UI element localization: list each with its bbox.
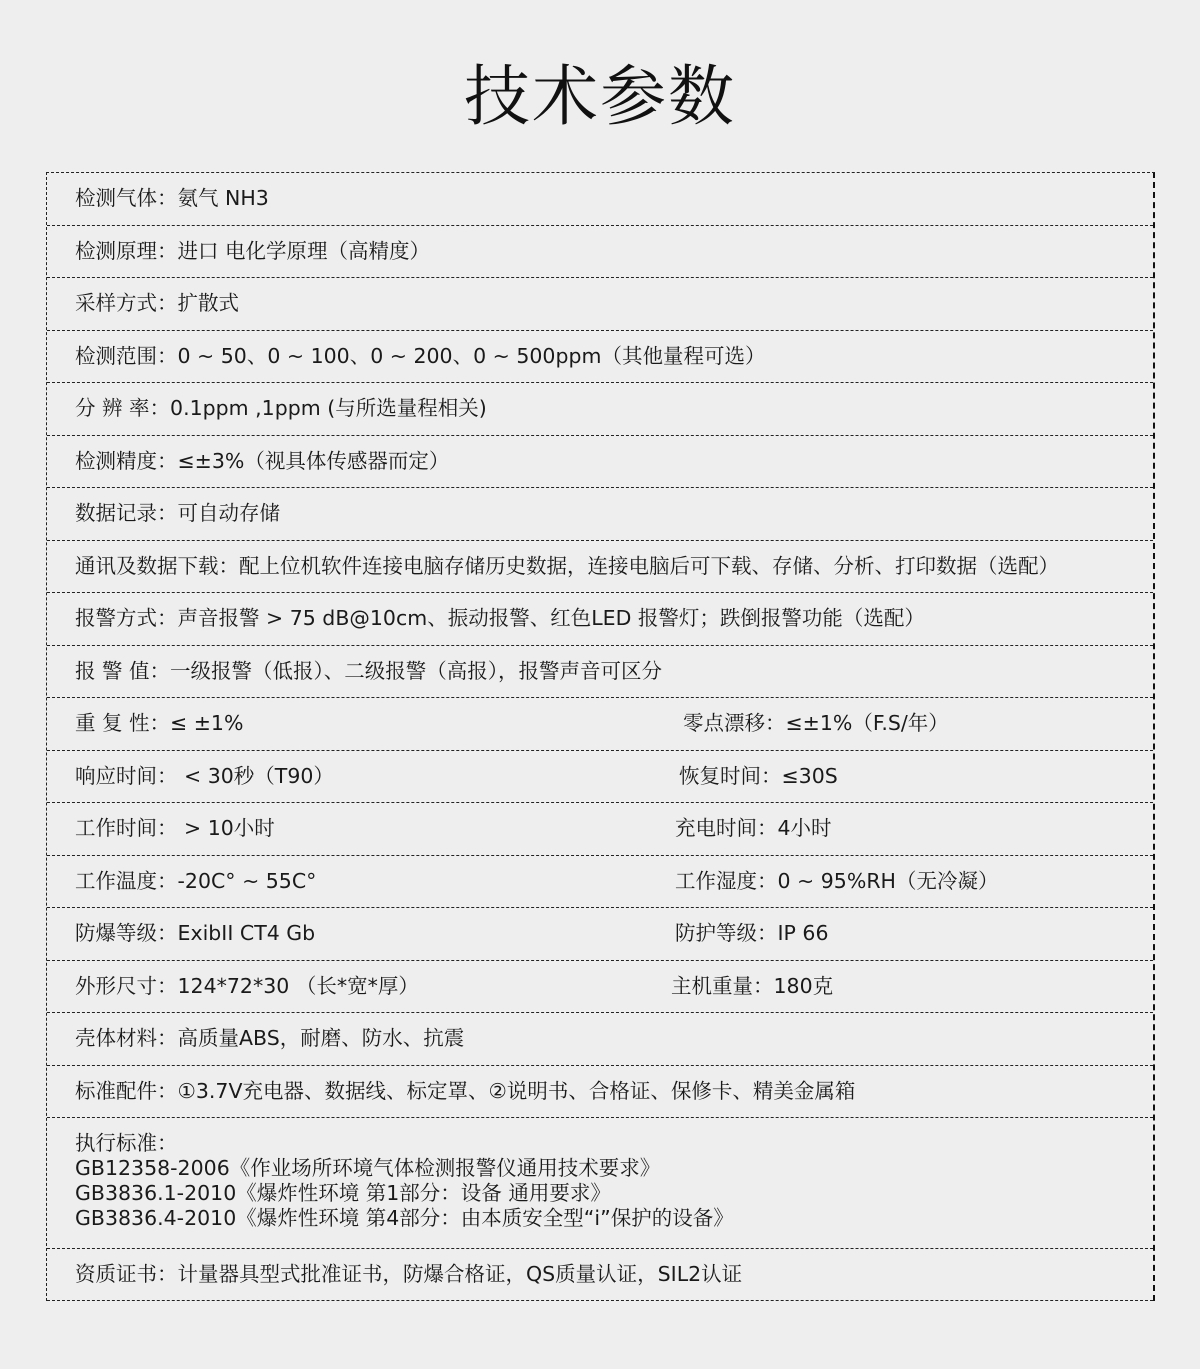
spec-table: 检测气体：氨气 NH3 检测原理：进口 电化学原理（高精度） 采样方式：扩散式 … — [46, 172, 1155, 1301]
spec-weight: 主机重量：180克 — [671, 961, 833, 1013]
spec-zero-drift: 零点漂移：≤±1%（F.S/年） — [683, 698, 949, 750]
spec-communication: 通讯及数据下载：配上位机软件连接电脑存储历史数据，连接电脑后可下载、存储、分析、… — [75, 541, 1059, 593]
spec-row-principle: 检测原理：进口 电化学原理（高精度） — [47, 226, 1153, 279]
spec-sampling: 采样方式：扩散式 — [75, 278, 239, 330]
spec-row-temperature: 工作温度：-20C° ~ 55C° 工作湿度：0 ~ 95%RH（无冷凝） — [47, 856, 1153, 909]
spec-resolution: 分 辨 率：0.1ppm ,1ppm (与所选量程相关) — [75, 383, 487, 435]
spec-row-alarm-mode: 报警方式：声音报警 > 75 dB@10cm、振动报警、红色LED 报警灯；跌倒… — [47, 593, 1153, 646]
spec-data-record: 数据记录：可自动存储 — [75, 488, 280, 540]
spec-gas: 检测气体：氨气 NH3 — [75, 173, 269, 225]
spec-humidity: 工作湿度：0 ~ 95%RH（无冷凝） — [675, 856, 998, 908]
spec-protection-level: 防护等级：IP 66 — [675, 908, 829, 960]
spec-row-working-time: 工作时间： > 10小时 充电时间：4小时 — [47, 803, 1153, 856]
spec-alarm-mode: 报警方式：声音报警 > 75 dB@10cm、振动报警、红色LED 报警灯；跌倒… — [75, 593, 925, 645]
spec-response-time: 响应时间： < 30秒（T90） — [75, 751, 334, 803]
spec-row-accessories: 标准配件：①3.7V充电器、数据线、标定罩、②说明书、合格证、保修卡、精美金属箱 — [47, 1066, 1153, 1119]
spec-standards: 执行标准： GB12358-2006《作业场所环境气体检测报警仪通用技术要求》 … — [75, 1131, 734, 1231]
spec-accuracy: 检测精度：≤±3%（视具体传感器而定） — [75, 436, 449, 488]
spec-row-accuracy: 检测精度：≤±3%（视具体传感器而定） — [47, 436, 1153, 489]
spec-row-standards: 执行标准： GB12358-2006《作业场所环境气体检测报警仪通用技术要求》 … — [47, 1118, 1153, 1249]
spec-row-communication: 通讯及数据下载：配上位机软件连接电脑存储历史数据，连接电脑后可下载、存储、分析、… — [47, 541, 1153, 594]
spec-range: 检测范围：0 ~ 50、0 ~ 100、0 ~ 200、0 ~ 500ppm（其… — [75, 331, 765, 383]
spec-charge-time: 充电时间：4小时 — [675, 803, 832, 855]
spec-explosion-proof: 防爆等级：ExibII CT4 Gb — [75, 908, 315, 960]
spec-dimensions: 外形尺寸：124*72*30 （长*宽*厚） — [75, 961, 419, 1013]
spec-row-data-record: 数据记录：可自动存储 — [47, 488, 1153, 541]
page-title: 技术参数 — [0, 52, 1200, 142]
spec-row-resolution: 分 辨 率：0.1ppm ,1ppm (与所选量程相关) — [47, 383, 1153, 436]
spec-row-repeatability: 重 复 性：≤ ±1% 零点漂移：≤±1%（F.S/年） — [47, 698, 1153, 751]
spec-row-response-time: 响应时间： < 30秒（T90） 恢复时间：≤30S — [47, 751, 1153, 804]
spec-row-explosion-proof: 防爆等级：ExibII CT4 Gb 防护等级：IP 66 — [47, 908, 1153, 961]
spec-repeatability: 重 复 性：≤ ±1% — [75, 698, 243, 750]
spec-housing: 壳体材料：高质量ABS，耐磨、防水、抗震 — [75, 1013, 464, 1065]
spec-certificates: 资质证书：计量器具型式批准证书，防爆合格证，QS质量认证，SIL2认证 — [75, 1249, 742, 1301]
spec-principle: 检测原理：进口 电化学原理（高精度） — [75, 226, 430, 278]
spec-row-sampling: 采样方式：扩散式 — [47, 278, 1153, 331]
spec-row-certificates: 资质证书：计量器具型式批准证书，防爆合格证，QS质量认证，SIL2认证 — [47, 1249, 1153, 1302]
spec-row-housing: 壳体材料：高质量ABS，耐磨、防水、抗震 — [47, 1013, 1153, 1066]
spec-row-gas: 检测气体：氨气 NH3 — [47, 173, 1153, 226]
spec-accessories: 标准配件：①3.7V充电器、数据线、标定罩、②说明书、合格证、保修卡、精美金属箱 — [75, 1066, 855, 1118]
spec-alarm-value: 报 警 值：一级报警（低报）、二级报警（高报），报警声音可区分 — [75, 646, 662, 698]
spec-recovery-time: 恢复时间：≤30S — [679, 751, 838, 803]
spec-row-alarm-value: 报 警 值：一级报警（低报）、二级报警（高报），报警声音可区分 — [47, 646, 1153, 699]
spec-row-dimensions: 外形尺寸：124*72*30 （长*宽*厚） 主机重量：180克 — [47, 961, 1153, 1014]
spec-row-range: 检测范围：0 ~ 50、0 ~ 100、0 ~ 200、0 ~ 500ppm（其… — [47, 331, 1153, 384]
spec-working-time: 工作时间： > 10小时 — [75, 803, 275, 855]
spec-temperature: 工作温度：-20C° ~ 55C° — [75, 856, 316, 908]
